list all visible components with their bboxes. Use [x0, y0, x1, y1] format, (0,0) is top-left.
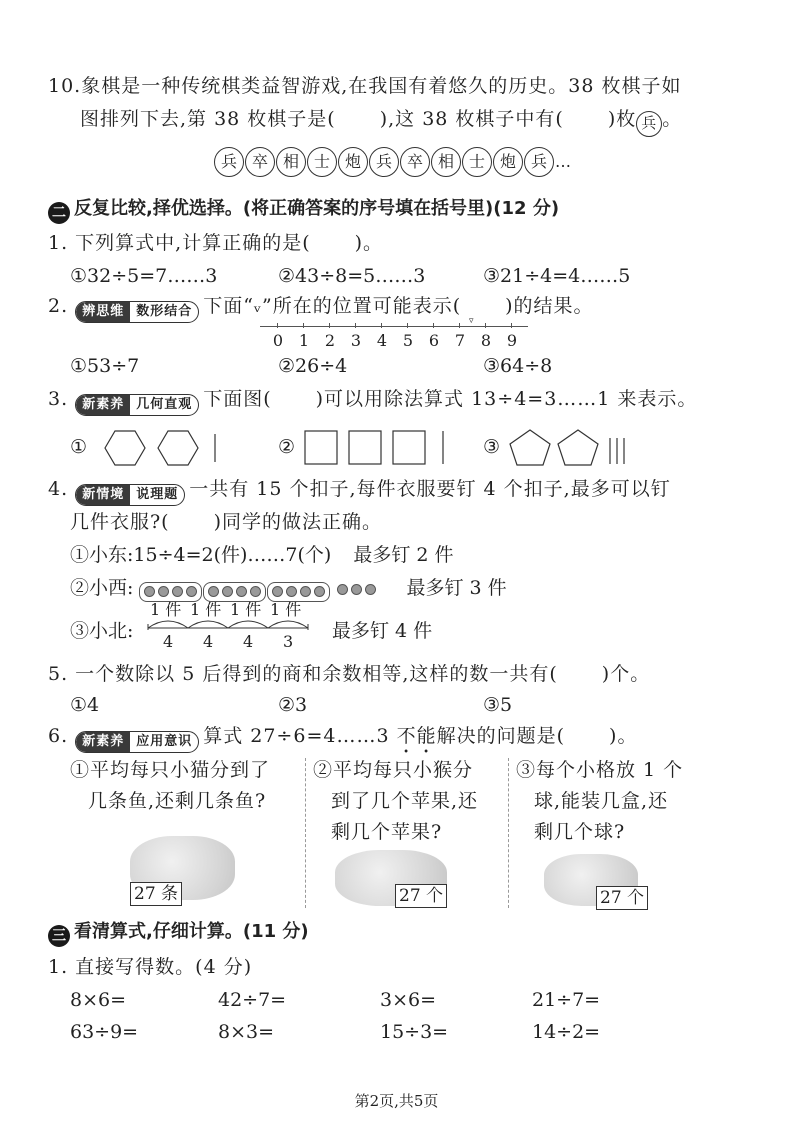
button-icon — [172, 586, 183, 597]
question-number: 4. — [48, 478, 68, 500]
calc-item[interactable]: 15÷3= — [380, 1020, 448, 1044]
q3-option-3[interactable]: ③ — [483, 428, 636, 468]
page-footer: 第2页,共5页 — [0, 1090, 793, 1111]
option-1[interactable]: ①4 — [70, 693, 99, 717]
tick-label: 1 — [296, 331, 312, 350]
calc-item[interactable]: 8×6= — [70, 988, 126, 1012]
button-icon — [144, 586, 155, 597]
tag-badge: 新素养应用意识 — [75, 731, 199, 753]
section-title: 看清算式,仔细计算。(11 分) — [74, 921, 309, 942]
option-label: ①小东: — [70, 544, 133, 566]
tick-label: 3 — [348, 331, 364, 350]
chess-piece: 士 — [462, 147, 492, 177]
tick — [433, 323, 434, 328]
tick-label: 7 — [452, 331, 468, 350]
button-icon — [300, 586, 311, 597]
section-3-header: 三看清算式,仔细计算。(11 分) — [48, 920, 309, 947]
s3-q1-prompt: 1. 直接写得数。(4 分) — [48, 955, 252, 979]
calc-item[interactable]: 14÷2= — [532, 1020, 600, 1044]
option-2[interactable]: ②3 — [278, 693, 307, 717]
option-1[interactable]: ①32÷5=7……3 — [70, 264, 217, 288]
chess-piece: 炮 — [338, 147, 368, 177]
quantity-label: 27 个 — [395, 884, 447, 908]
button-icon — [351, 584, 362, 595]
tick — [329, 323, 330, 328]
column-divider — [305, 758, 306, 908]
button-icon — [236, 586, 247, 597]
option-2[interactable]: ②26÷4 — [278, 354, 347, 378]
q10-text: 象棋是一种传统棋类益智游戏,在我国有着悠久的历史。38 枚棋子如 — [81, 75, 681, 97]
marker-icon: ▿ — [469, 316, 474, 326]
q6-option-1[interactable]: ①平均每只小猫分到了 几条鱼,还剩几条鱼? 27 条 — [70, 758, 300, 908]
section-title: 反复比较,择优选择。(将正确答案的序号填在括号里)(12 分) — [74, 198, 559, 219]
tag-badge: 辨思维数形结合 — [75, 301, 199, 323]
tick — [407, 323, 408, 328]
option-text: 球,能装几盒,还 — [534, 789, 668, 813]
option-text: 到了几个苹果,还 — [331, 789, 478, 813]
q-text: 下面“ᵥ”所在的位置可能表示( — [203, 295, 461, 317]
question-number: 6. — [48, 725, 68, 747]
button-icon — [186, 586, 197, 597]
tick — [381, 323, 382, 328]
button-icon — [365, 584, 376, 595]
q-text: 算式 27÷6=4……3 — [203, 725, 396, 747]
button-icon — [286, 586, 297, 597]
option-result: 最多钉 2 件 — [353, 544, 453, 566]
tag-badge: 新素养几何直观 — [75, 394, 199, 416]
q-text: )。 — [355, 232, 383, 254]
tag-category: 新情境 — [76, 485, 130, 505]
tag-topic: 几何直观 — [130, 394, 198, 416]
segment-bottom-label: 3 — [283, 632, 293, 651]
segment-bottom-label: 4 — [163, 632, 173, 651]
option-3[interactable]: ③5 — [483, 693, 512, 717]
button-icon — [272, 586, 283, 597]
q6-option-2[interactable]: ②平均每只小猴分 到了几个苹果,还 剩几个苹果? 27 个 — [313, 758, 503, 908]
section-2-header: 二反复比较,择优选择。(将正确答案的序号填在括号里)(12 分) — [48, 197, 559, 224]
segment-top-label: 1 件 — [150, 597, 181, 620]
chess-piece: 兵 — [524, 147, 554, 177]
tick-label: 9 — [504, 331, 520, 350]
q3-option-2[interactable]: ② — [278, 428, 461, 468]
tick — [303, 323, 304, 328]
button-icon — [337, 584, 348, 595]
tick-label: 8 — [478, 331, 494, 350]
s2-q2-prompt: 2. 辨思维数形结合下面“ᵥ”所在的位置可能表示()的结果。 — [48, 294, 594, 323]
option-result: 最多钉 3 件 — [407, 577, 507, 599]
option-label: ③小北: — [70, 616, 133, 643]
button-icon — [222, 586, 233, 597]
leftover-buttons — [337, 584, 376, 595]
calc-item[interactable]: 63÷9= — [70, 1020, 138, 1044]
option-label: ① — [70, 436, 87, 458]
tag-topic: 应用意识 — [130, 731, 198, 753]
q3-option-1[interactable]: ① — [70, 428, 223, 468]
q-text: )同学的做法正确。 — [214, 511, 382, 533]
q6-option-3[interactable]: ③每个小格放 1 个 球,能装几盒,还 剩几个球? 27 个 — [516, 758, 736, 908]
q-text: 解决的问题是( — [437, 725, 565, 747]
tick-label: 4 — [374, 331, 390, 350]
option-1[interactable]: ①53÷7 — [70, 354, 139, 378]
calc-item[interactable]: 42÷7= — [218, 988, 286, 1012]
q10-text-end: 。 — [662, 108, 682, 130]
s2-q1-prompt: 1. 下列算式中,计算正确的是()。 — [48, 231, 383, 255]
chess-piece: 兵 — [214, 147, 244, 177]
option-result: 最多钉 4 件 — [332, 616, 432, 643]
option-text: 几条鱼,还剩几条鱼? — [88, 789, 266, 813]
section-number-badge: 二 — [48, 202, 70, 224]
hexagons-figure-icon — [93, 428, 223, 468]
segment-top-label: 1 件 — [230, 597, 261, 620]
q-text: )可以用除法算式 13÷4=3……1 来表示。 — [316, 388, 698, 410]
chess-piece: 炮 — [493, 147, 523, 177]
chess-piece: 士 — [307, 147, 337, 177]
calc-item[interactable]: 3×6= — [380, 988, 436, 1012]
option-text: 剩几个苹果? — [331, 820, 442, 844]
tick-label: 6 — [426, 331, 442, 350]
tag-category: 新素养 — [76, 732, 130, 752]
s2-q4-line2: 几件衣服?()同学的做法正确。 — [70, 510, 382, 534]
option-2[interactable]: ②43÷8=5……3 — [278, 264, 425, 288]
calc-item[interactable]: 8×3= — [218, 1020, 274, 1044]
button-icon — [250, 586, 261, 597]
tick — [277, 323, 278, 328]
segment-bottom-label: 4 — [203, 632, 213, 651]
tag-badge: 新情境说理题 — [75, 484, 185, 506]
quantity-label: 27 个 — [596, 886, 648, 910]
q-text: 下面图( — [203, 388, 271, 410]
chess-sequence: 兵卒相士炮兵卒相士炮兵… — [214, 147, 571, 177]
q-text: )个。 — [602, 663, 650, 685]
button-icon — [158, 586, 169, 597]
segment-top-label: 1 件 — [190, 597, 221, 620]
tag-category: 新素养 — [76, 395, 130, 415]
q10-line1: 10.象棋是一种传统棋类益智游戏,在我国有着悠久的历史。38 枚棋子如 — [48, 74, 681, 98]
chess-piece: 相 — [431, 147, 461, 177]
tick — [511, 323, 512, 328]
s2-q6-prompt: 6. 新素养应用意识算式 27÷6=4……3 不能解决的问题是()。 — [48, 724, 637, 758]
section-number-badge: 三 — [48, 925, 70, 947]
column-divider — [508, 758, 509, 908]
tick-label: 5 — [400, 331, 416, 350]
option-text: ③每个小格放 1 个 — [516, 758, 683, 782]
tick — [459, 323, 460, 328]
option-text: ②平均每只小猴分 — [313, 758, 473, 782]
chess-piece: 卒 — [245, 147, 275, 177]
q-text: )。 — [609, 725, 637, 747]
q-text: 1. 下列算式中,计算正确的是( — [48, 232, 311, 254]
segment-top-label: 1 件 — [270, 597, 301, 620]
q-text: 一共有 15 个扣子,每件衣服要钉 4 个扣子,最多可以钉 — [189, 478, 671, 500]
q-text: )的结果。 — [505, 295, 593, 317]
question-number: 3. — [48, 388, 68, 410]
option-label: ②小西: — [70, 577, 133, 599]
squares-figure-icon — [301, 428, 461, 468]
q10-text-c: )枚 — [608, 108, 636, 130]
question-number: 2. — [48, 295, 68, 317]
chess-piece: 卒 — [400, 147, 430, 177]
q10-text-a: 图排列下去,第 38 枚棋子是( — [80, 108, 336, 130]
segment-bottom-label: 4 — [243, 632, 253, 651]
s2-q5-prompt: 5. 一个数除以 5 后得到的商和余数相等,这样的数一共有()个。 — [48, 662, 650, 686]
tag-category: 辨思维 — [76, 302, 130, 322]
q10-line2: 图排列下去,第 38 枚棋子是(),这 38 枚棋子中有()枚兵。 — [80, 107, 682, 137]
ellipsis: … — [555, 152, 571, 171]
option-work: 15÷4=2(件)……7(个) — [133, 544, 331, 566]
option-3[interactable]: ③21÷4=4……5 — [483, 264, 630, 288]
tick — [485, 323, 486, 328]
q10-text-b: ),这 38 枚棋子中有( — [380, 108, 564, 130]
number-line-axis — [260, 326, 528, 327]
tick — [355, 323, 356, 328]
q4-option-3[interactable]: ③小北: 1 件 1 件 1 件 1 件 4 4 4 3 最多钉 4 件 — [70, 600, 470, 656]
button-icon — [208, 586, 219, 597]
chess-piece: 兵 — [636, 111, 662, 137]
option-3[interactable]: ③64÷8 — [483, 354, 552, 378]
tag-topic: 数形结合 — [130, 301, 198, 323]
calc-item[interactable]: 21÷7= — [532, 988, 600, 1012]
tag-topic: 说理题 — [130, 484, 184, 506]
tick-label: 0 — [270, 331, 286, 350]
chess-piece: 兵 — [369, 147, 399, 177]
emphasis-text: 不能 — [397, 725, 437, 747]
pentagons-figure-icon — [506, 428, 636, 468]
question-number: 10. — [48, 75, 81, 97]
option-text: ①平均每只小猫分到了 — [70, 758, 270, 782]
option-label: ③ — [483, 436, 500, 458]
option-text: 剩几个球? — [534, 820, 625, 844]
button-icon — [314, 586, 325, 597]
q-text: 几件衣服?( — [70, 511, 170, 533]
s2-q3-prompt: 3. 新素养几何直观下面图()可以用除法算式 13÷4=3……1 来表示。 — [48, 387, 697, 416]
q4-option-1[interactable]: ①小东:15÷4=2(件)……7(个)最多钉 2 件 — [70, 543, 454, 567]
s2-q4-line1: 4. 新情境说理题一共有 15 个扣子,每件衣服要钉 4 个扣子,最多可以钉 — [48, 477, 671, 506]
q-text: 5. 一个数除以 5 后得到的商和余数相等,这样的数一共有( — [48, 663, 558, 685]
option-label: ② — [278, 436, 295, 458]
quantity-label: 27 条 — [130, 882, 182, 906]
tick-label: 2 — [322, 331, 338, 350]
chess-piece: 相 — [276, 147, 306, 177]
